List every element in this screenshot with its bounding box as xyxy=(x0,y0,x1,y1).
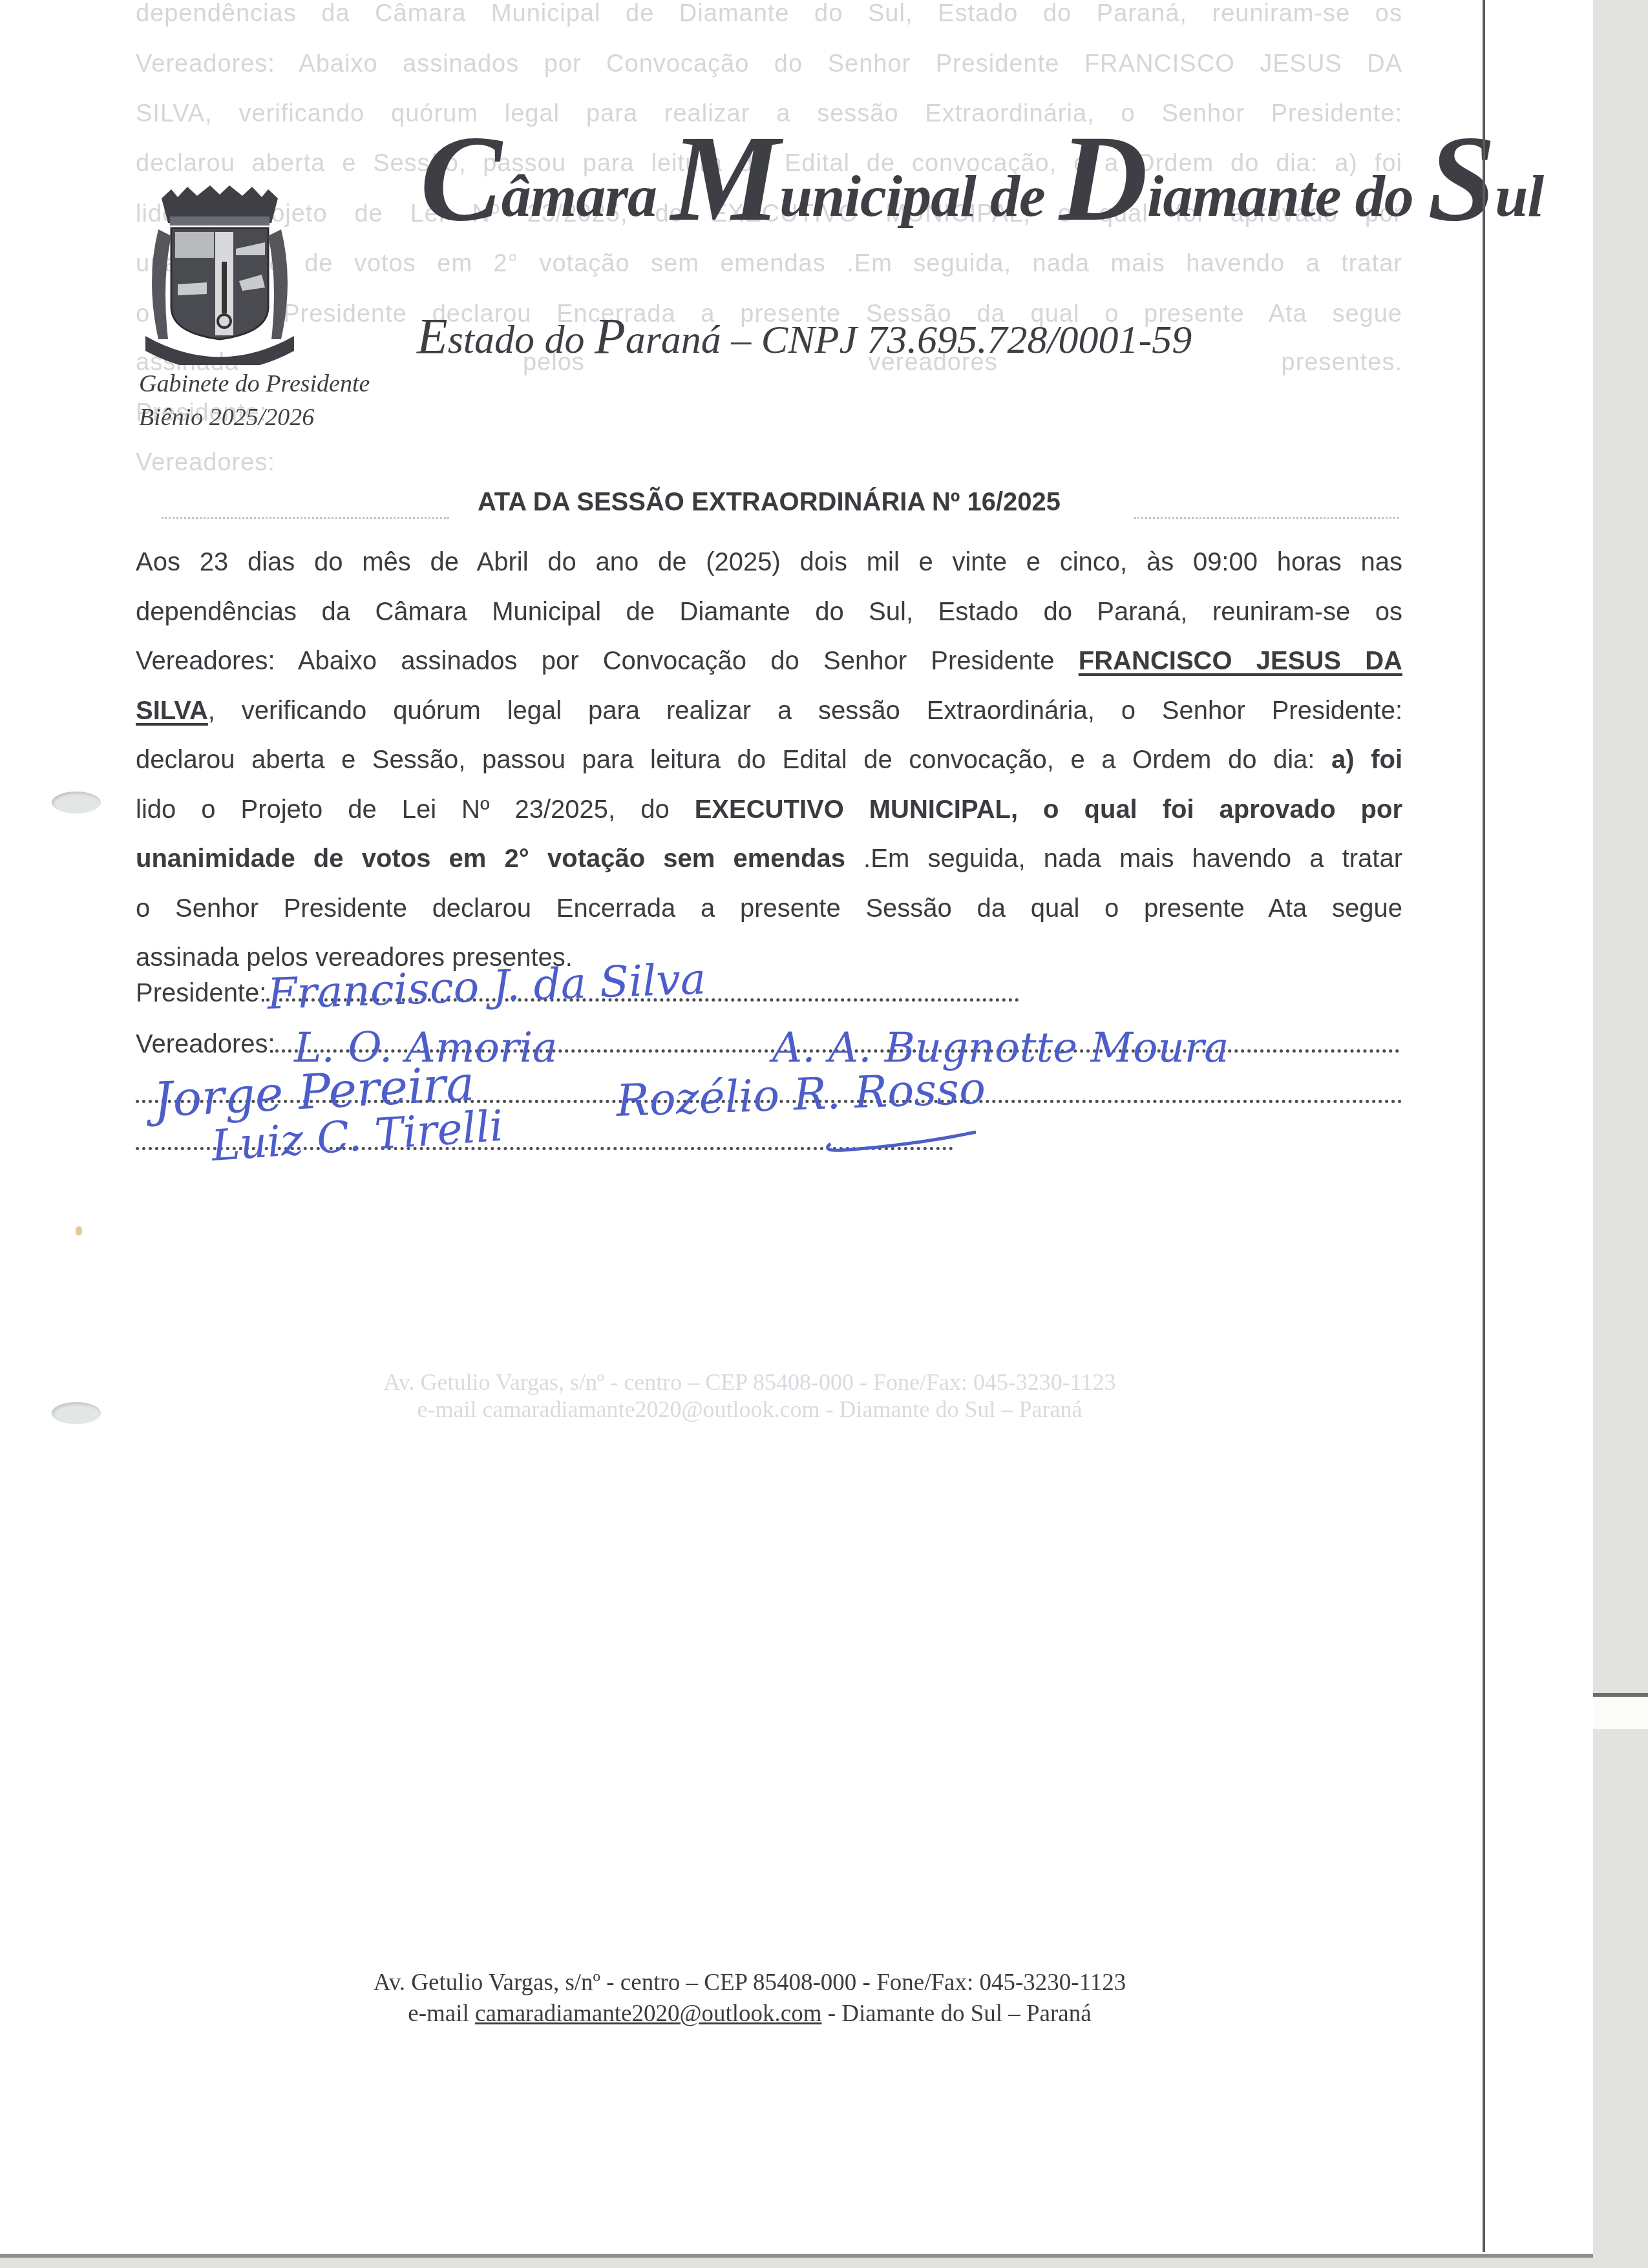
email-label: e-mail xyxy=(408,2000,475,2027)
bleed-through-line: dependências da Câmara Municipal de Diam… xyxy=(136,0,1402,28)
emphasized-text: a) foi xyxy=(1331,746,1402,774)
bleed-through-footer: Av. Getulio Vargas, s/nº - centro – CEP … xyxy=(220,1369,1280,1423)
text-segment: o Senhor Presidente declarou Encerrada a… xyxy=(136,894,1402,923)
page-edge-shadow xyxy=(0,2254,1593,2258)
scanned-page: dependências da Câmara Municipal de Diam… xyxy=(0,0,1593,2254)
subtitle-text: stado do xyxy=(448,318,595,362)
office-label: Gabinete do Presidente xyxy=(139,367,370,401)
emphasized-text: unanimidade de votos em 2° votação sem e… xyxy=(136,845,845,873)
footer-contact-line: e-mail camaradiamante2020@outlook.com - … xyxy=(220,1999,1280,2030)
minutes-line: unanimidade de votos em 2° votação sem e… xyxy=(136,834,1402,884)
title-word: unicipal de xyxy=(779,163,1059,229)
title-initial: D xyxy=(1059,111,1147,247)
title-dots-left xyxy=(162,517,449,519)
title-dots-right xyxy=(1134,517,1399,519)
title-word: âmara xyxy=(502,163,671,229)
text-segment: lido o Projeto de Lei Nº 23/2025, do xyxy=(136,795,695,824)
title-initial: C xyxy=(420,111,502,247)
subtitle-initial: E xyxy=(417,308,448,364)
subtitle-initial: P xyxy=(595,308,626,364)
bleed-through-line: unanimidade de votos em 2° votação sem e… xyxy=(136,250,1402,278)
emphasized-text: EXECUTIVO MUNICIPAL, o qual foi aprovado… xyxy=(695,795,1402,824)
office-block: Gabinete do Presidente Biênio 2025/2026 xyxy=(139,367,370,434)
emphasized-text: SILVA xyxy=(136,697,208,725)
institution-name: Câmara Municipal de Diamante do Sul xyxy=(420,162,1543,230)
email-link[interactable]: camaradiamante2020@outlook.com xyxy=(475,2000,821,2027)
text-segment: Aos 23 dias do mês de Abril do ano de (2… xyxy=(136,548,1402,576)
minutes-line: declarou aberta e Sessão, passou para le… xyxy=(136,735,1402,785)
councillor-signature: Rozélio R. Rosso xyxy=(615,1063,986,1127)
coat-of-arms-icon xyxy=(132,184,307,365)
councillors-label: Vereadores: xyxy=(136,1030,275,1058)
emphasized-text: FRANCISCO JESUS DA xyxy=(1079,647,1402,675)
minutes-line: lido o Projeto de Lei Nº 23/2025, do EXE… xyxy=(136,785,1402,835)
text-segment: declarou aberta e Sessão, passou para le… xyxy=(136,746,1331,774)
minutes-body: Aos 23 dias do mês de Abril do ano de (2… xyxy=(136,538,1402,983)
bleed-through-line: Vereadores: Abaixo assinados por Convoca… xyxy=(136,50,1402,78)
title-word: iamante do xyxy=(1147,163,1428,229)
bleed-footer-line2: e-mail camaradiamante2020@outlook.com - … xyxy=(220,1396,1280,1423)
minutes-line: Vereadores: Abaixo assinados por Convoca… xyxy=(136,636,1402,686)
vertical-rule xyxy=(1483,0,1485,2252)
term-label: Biênio 2025/2026 xyxy=(139,401,370,434)
councillor-signature: A. A. Bugnotte Moura xyxy=(772,1024,1229,1072)
text-segment: dependências da Câmara Municipal de Diam… xyxy=(136,598,1402,626)
footer-address: Av. Getulio Vargas, s/nº - centro – CEP … xyxy=(220,1968,1280,2030)
minutes-line: SILVA, verificando quórum legal para rea… xyxy=(136,686,1402,736)
signature-flourish xyxy=(818,1124,986,1153)
title-word: ul xyxy=(1495,163,1543,229)
minutes-line: o Senhor Presidente declarou Encerrada a… xyxy=(136,884,1402,934)
text-segment: Vereadores: Abaixo assinados por Convoca… xyxy=(136,647,1079,675)
punch-hole xyxy=(52,1402,101,1424)
document-title: ATA DA SESSÃO EXTRAORDINÁRIA Nº 16/2025 xyxy=(136,488,1402,517)
text-segment: , verificando quórum legal para realizar… xyxy=(208,697,1402,725)
paper-stain xyxy=(76,1226,82,1235)
minutes-line: Aos 23 dias do mês de Abril do ano de (2… xyxy=(136,538,1402,587)
punch-hole xyxy=(52,792,101,814)
bleed-footer-line1: Av. Getulio Vargas, s/nº - centro – CEP … xyxy=(220,1369,1280,1396)
subtitle-text: araná – CNPJ 73.695.728/0001-59 xyxy=(626,318,1192,362)
state-and-cnpj: Estado do Paraná – CNPJ 73.695.728/0001-… xyxy=(417,307,1192,365)
minutes-line: dependências da Câmara Municipal de Diam… xyxy=(136,587,1402,637)
president-label: Presidente: xyxy=(136,979,266,1007)
title-initial: M xyxy=(671,111,779,247)
text-segment: .Em seguida, nada mais havendo a tratar xyxy=(845,845,1402,873)
footer-location: - Diamante do Sul – Paraná xyxy=(822,2000,1092,2027)
bleed-through-line: Vereadores: xyxy=(136,449,1402,477)
scanner-bed xyxy=(1593,1693,1648,1729)
footer-address-line: Av. Getulio Vargas, s/nº - centro – CEP … xyxy=(220,1968,1280,1999)
